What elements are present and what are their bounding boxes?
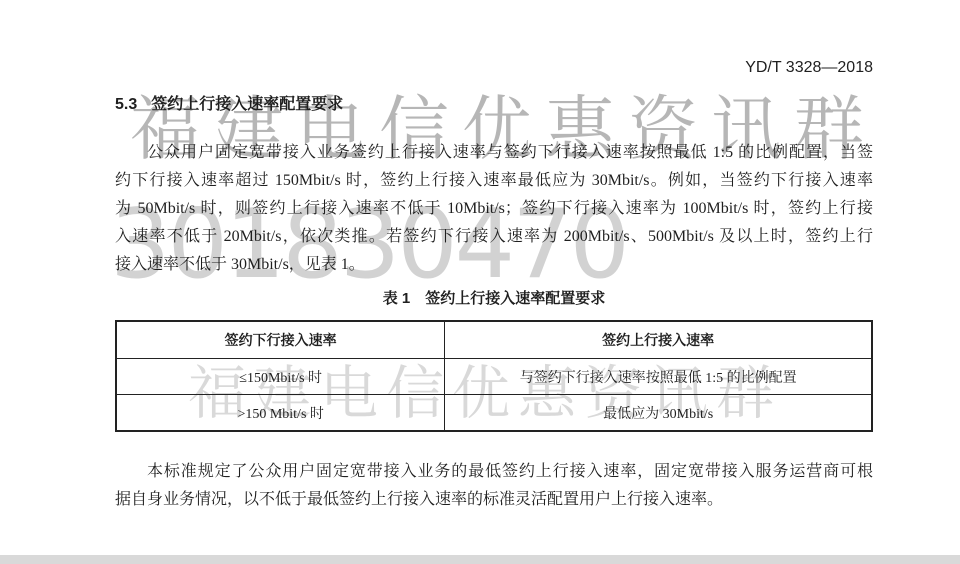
- table-header-downstream: 签约下行接入速率: [116, 321, 445, 359]
- table-row: >150 Mbit/s 时 最低应为 30Mbit/s: [116, 395, 872, 432]
- paragraph-2: 本标准规定了公众用户固定宽带接入业务的最低签约上行接入速率，固定宽带接入服务运营…: [115, 458, 873, 514]
- paragraph-1-line: 接入速率不低于 30Mbit/s，见表 1。: [115, 251, 873, 279]
- section-heading: 5.3签约上行接入速率配置要求: [115, 91, 873, 114]
- rate-config-table: 签约下行接入速率 签约上行接入速率 ≤150Mbit/s 时 与签约下行接入速率…: [115, 320, 873, 432]
- paragraph-1: 公众用户固定宽带接入业务签约上行接入速率与签约下行接入速率按照最低 1:5 的比…: [115, 139, 873, 279]
- section-number: 5.3: [115, 96, 137, 113]
- section-title: 签约上行接入速率配置要求: [151, 96, 343, 113]
- paragraph-2-line: 据自身业务情况，以不低于最低签约上行接入速率的标准灵活配置用户上行接入速率。: [115, 486, 873, 514]
- table-cell-downstream: ≤150Mbit/s 时: [116, 359, 445, 395]
- document-page: 福建电信优惠资讯群 301830470 福建电信优惠资讯群 YD/T 3328—…: [0, 0, 960, 564]
- paragraph-1-line: 为 50Mbit/s 时，则签约上行接入速率不低于 10Mbit/s；签约下行接…: [115, 195, 873, 223]
- paragraph-2-line: 本标准规定了公众用户固定宽带接入业务的最低签约上行接入速率，固定宽带接入服务运营…: [115, 458, 873, 486]
- table-header-upstream: 签约上行接入速率: [445, 321, 872, 359]
- bottom-scan-strip: [0, 555, 960, 564]
- table-cell-upstream: 最低应为 30Mbit/s: [445, 395, 872, 432]
- paragraph-1-line: 约下行接入速率超过 150Mbit/s 时，签约上行接入速率最低应为 30Mbi…: [115, 167, 873, 195]
- paragraph-1-line: 入速率不低于 20Mbit/s，依次类推。若签约下行接入速率为 200Mbit/…: [115, 223, 873, 251]
- doc-code-header: YD/T 3328—2018: [115, 59, 873, 77]
- paragraph-1-line: 公众用户固定宽带接入业务签约上行接入速率与签约下行接入速率按照最低 1:5 的比…: [115, 139, 873, 167]
- table-caption: 表 1 签约上行接入速率配置要求: [115, 287, 873, 308]
- table-header-row: 签约下行接入速率 签约上行接入速率: [116, 321, 872, 359]
- table-row: ≤150Mbit/s 时 与签约下行接入速率按照最低 1:5 的比例配置: [116, 359, 872, 395]
- table-cell-upstream: 与签约下行接入速率按照最低 1:5 的比例配置: [445, 359, 872, 395]
- table-cell-downstream: >150 Mbit/s 时: [116, 395, 445, 432]
